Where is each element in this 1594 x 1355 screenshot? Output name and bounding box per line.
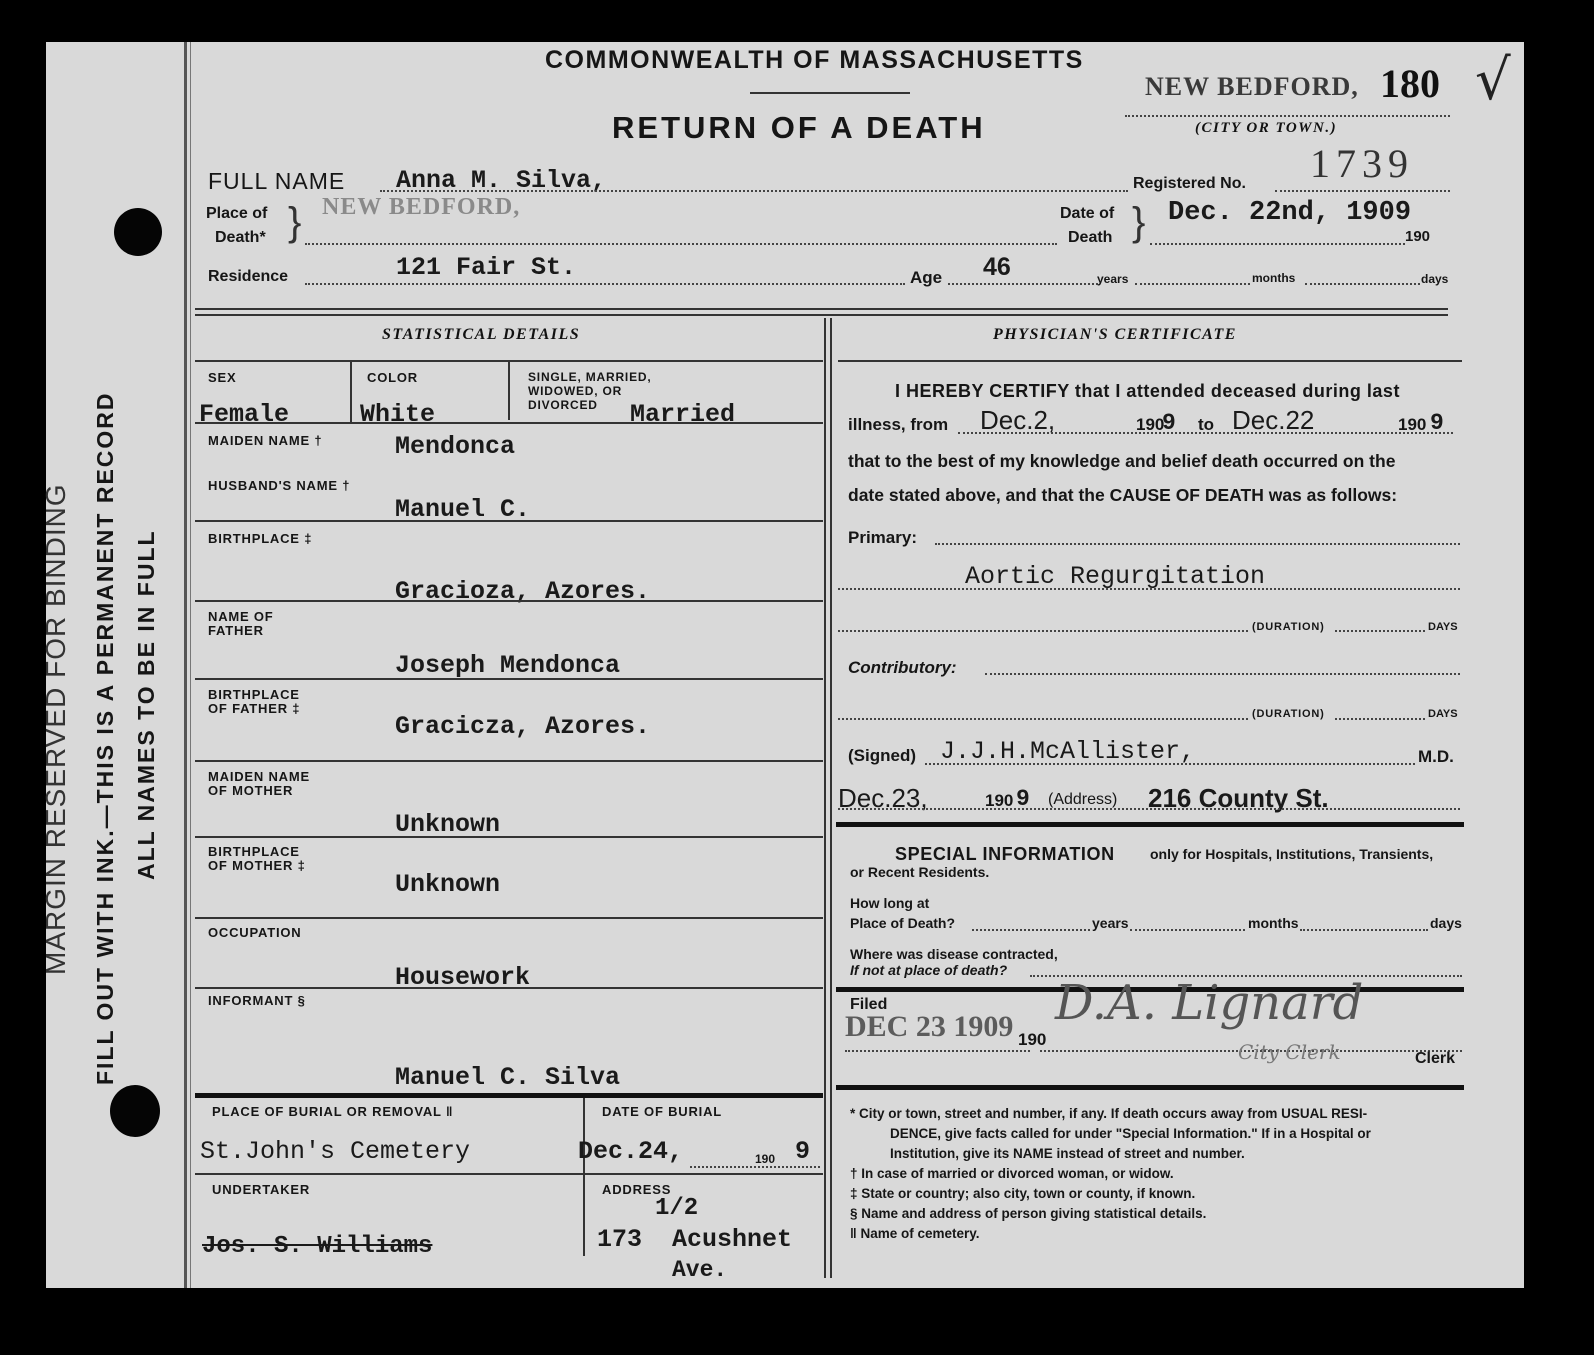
place-of-death-value: NEW BEDFORD,: [322, 194, 520, 221]
undertaker-address-line2: Ave.: [672, 1257, 727, 1283]
age-label: Age: [910, 268, 942, 288]
binding-hole-bottom: [110, 1085, 160, 1137]
mother-name-value: Unknown: [395, 810, 500, 839]
color-value: White: [360, 400, 435, 429]
binding-hole-top: [114, 208, 162, 256]
place-of-death-label-2: Death*: [215, 229, 266, 247]
death-certificate: [46, 42, 1524, 1288]
margin-ink-note: FILL OUT WITH INK.—THIS IS A PERMANENT R…: [92, 391, 119, 1085]
filed-stamp: DEC 23 1909: [845, 1010, 1013, 1044]
primary-cause-value: Aortic Regurgitation: [965, 562, 1265, 591]
burial-place-value: St.John's Cemetery: [200, 1137, 470, 1166]
mother-birthplace-value: Unknown: [395, 870, 500, 899]
residence-value: 121 Fair St.: [396, 253, 576, 282]
footnotes: * City or town, street and number, if an…: [850, 1104, 1371, 1244]
city-caption: (CITY OR TOWN.): [1195, 120, 1337, 137]
registered-number: 1739: [1310, 140, 1414, 187]
sex-value: Female: [199, 400, 289, 429]
undertaker-address-line1: 173 Acushnet: [597, 1225, 792, 1254]
burial-date-value: Dec.24,: [578, 1137, 683, 1166]
informant-value: Manuel C. Silva: [395, 1063, 620, 1092]
registered-label: Registered No.: [1133, 175, 1246, 193]
physician-signature: J.J.H.McAllister,: [940, 737, 1195, 766]
column-divider: [824, 318, 826, 1278]
father-birthplace-value: Gracicza, Azores.: [395, 712, 650, 741]
heading-rule: [750, 92, 910, 94]
undertaker-address-fraction: 1/2: [655, 1195, 698, 1222]
residence-label: Residence: [208, 268, 288, 286]
statistical-heading: STATISTICAL DETAILS: [382, 326, 580, 344]
full-name-label: FULL NAME: [208, 168, 345, 195]
date-of-death-label-2: Death: [1068, 229, 1112, 247]
city-stamp: NEW BEDFORD,: [1145, 72, 1359, 102]
margin-rule-inner: [190, 42, 191, 1288]
maiden-name-value: Mendonca: [395, 432, 515, 461]
undertaker-value: Jos. S. Williams: [202, 1233, 432, 1260]
special-heading: SPECIAL INFORMATION: [895, 844, 1115, 865]
date-of-death-value: Dec. 22nd, 1909: [1168, 198, 1411, 228]
margin-rule: [184, 42, 187, 1288]
marital-value: Married: [630, 400, 735, 429]
form-title: RETURN OF A DEATH: [612, 110, 986, 146]
date-of-death-label-1: Date of: [1060, 205, 1114, 223]
margin-binding-note: MARGIN RESERVED FOR BINDING: [40, 483, 72, 975]
clerk-signature: D.A. Lignard: [1055, 975, 1363, 1031]
city-number: 180: [1380, 60, 1440, 107]
father-name-value: Joseph Mendonca: [395, 651, 620, 680]
physician-heading: PHYSICIAN'S CERTIFICATE: [993, 326, 1237, 344]
check-mark: √: [1475, 48, 1511, 113]
state-heading: COMMONWEALTH OF MASSACHUSETTS: [545, 46, 1084, 75]
place-of-death-label-1: Place of: [206, 205, 267, 223]
margin-names-note: ALL NAMES TO BE IN FULL: [133, 529, 160, 880]
age-value: 46: [983, 253, 1011, 282]
